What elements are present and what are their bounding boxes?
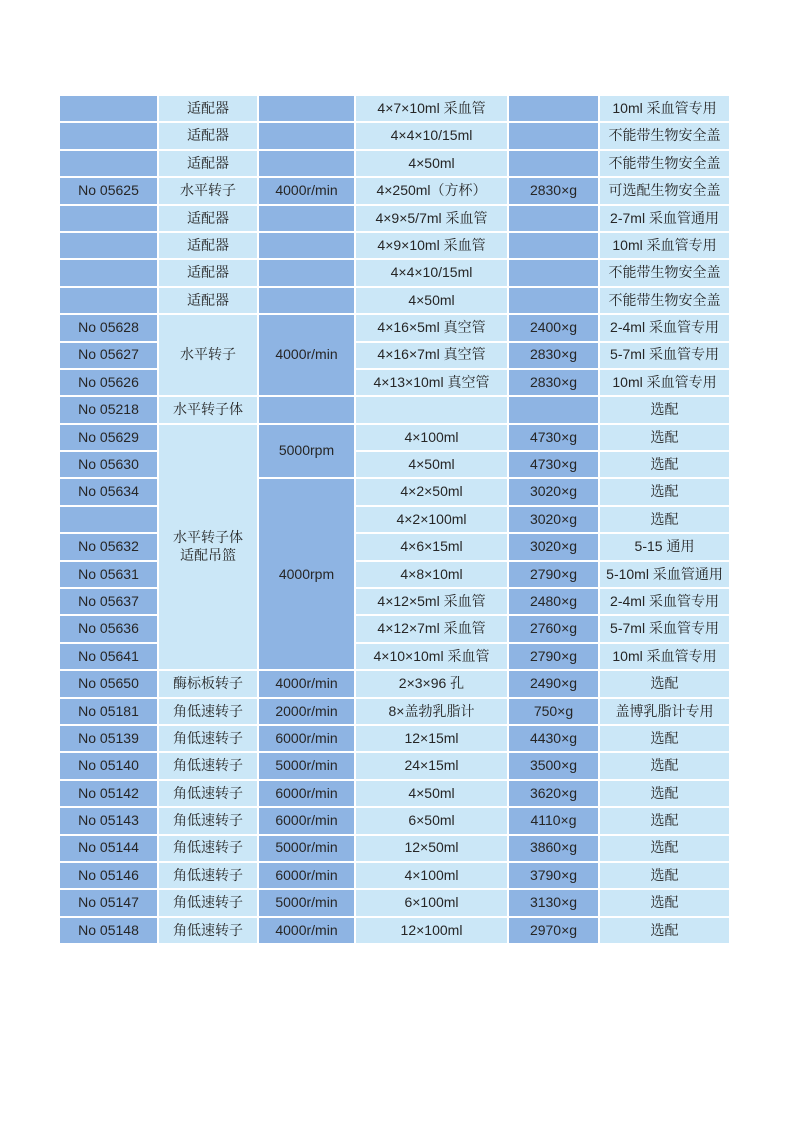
table-row: No 05140角低速转子5000r/min24×15ml3500×g选配: [60, 753, 729, 778]
table-row: No 05181角低速转子2000r/min8×盖勃乳脂计750×g盖博乳脂计专…: [60, 699, 729, 724]
cell-note: 不能带生物安全盖: [600, 288, 729, 313]
cell-speed: [259, 233, 354, 258]
cell-rcf: 2830×g: [509, 370, 598, 395]
cell-speed: [259, 288, 354, 313]
cell-no: No 05142: [60, 781, 157, 806]
cell-no: No 05628: [60, 315, 157, 340]
cell-name: 适配器: [159, 288, 257, 313]
cell-capacity: 4×16×7ml 真空管: [356, 343, 507, 368]
cell-no: No 05630: [60, 452, 157, 477]
table-row: No 05218水平转子体选配: [60, 397, 729, 422]
cell-no: No 05144: [60, 836, 157, 861]
table-row: No 05650酶标板转子4000r/min2×3×96 孔2490×g选配: [60, 671, 729, 696]
cell-no: No 05626: [60, 370, 157, 395]
table-row: No 05625水平转子4000r/min4×250ml（方杯）2830×g可选…: [60, 178, 729, 203]
rotor-spec-table: 适配器4×7×10ml 采血管10ml 采血管专用适配器4×4×10/15ml不…: [58, 94, 731, 945]
cell-rcf: 2490×g: [509, 671, 598, 696]
cell-note: 5-10ml 采血管通用: [600, 562, 729, 587]
table-row: No 05628水平转子4000r/min4×16×5ml 真空管2400×g2…: [60, 315, 729, 340]
cell-capacity: 4×4×10/15ml: [356, 123, 507, 148]
cell-rcf: 4430×g: [509, 726, 598, 751]
cell-note: 不能带生物安全盖: [600, 151, 729, 176]
cell-no: No 05148: [60, 918, 157, 943]
cell-note: 选配: [600, 479, 729, 504]
cell-capacity: 4×13×10ml 真空管: [356, 370, 507, 395]
cell-note: 5-7ml 采血管专用: [600, 343, 729, 368]
cell-capacity: 4×50ml: [356, 288, 507, 313]
cell-name: 角低速转子: [159, 808, 257, 833]
cell-rcf: [509, 288, 598, 313]
cell-capacity: 2×3×96 孔: [356, 671, 507, 696]
cell-note: 选配: [600, 781, 729, 806]
cell-capacity: 4×7×10ml 采血管: [356, 96, 507, 121]
cell-note: 选配: [600, 507, 729, 532]
cell-note: 选配: [600, 890, 729, 915]
cell-note: 选配: [600, 726, 729, 751]
cell-rcf: 3020×g: [509, 479, 598, 504]
cell-capacity: 4×16×5ml 真空管: [356, 315, 507, 340]
cell-rcf: 2830×g: [509, 178, 598, 203]
cell-no: [60, 96, 157, 121]
cell-rcf: 2760×g: [509, 616, 598, 641]
cell-no: No 05650: [60, 671, 157, 696]
cell-no: No 05143: [60, 808, 157, 833]
cell-no: No 05218: [60, 397, 157, 422]
cell-no: [60, 233, 157, 258]
cell-rcf: 2480×g: [509, 589, 598, 614]
cell-note: 10ml 采血管专用: [600, 370, 729, 395]
cell-capacity: 6×100ml: [356, 890, 507, 915]
cell-note: 可选配生物安全盖: [600, 178, 729, 203]
cell-rcf: [509, 151, 598, 176]
cell-speed: 4000r/min: [259, 918, 354, 943]
cell-speed: 4000rpm: [259, 479, 354, 669]
cell-rcf: [509, 260, 598, 285]
cell-name: 适配器: [159, 123, 257, 148]
rotor-spec-table-body: 适配器4×7×10ml 采血管10ml 采血管专用适配器4×4×10/15ml不…: [60, 96, 729, 943]
cell-speed: [259, 206, 354, 231]
cell-no: No 05634: [60, 479, 157, 504]
cell-note: 选配: [600, 863, 729, 888]
cell-no: No 05147: [60, 890, 157, 915]
cell-note: 2-4ml 采血管专用: [600, 589, 729, 614]
cell-rcf: 2830×g: [509, 343, 598, 368]
table-row: No 05146角低速转子6000r/min4×100ml3790×g选配: [60, 863, 729, 888]
cell-name: 适配器: [159, 151, 257, 176]
cell-capacity: 4×250ml（方杯）: [356, 178, 507, 203]
table-row: 适配器4×7×10ml 采血管10ml 采血管专用: [60, 96, 729, 121]
cell-speed: 6000r/min: [259, 726, 354, 751]
cell-rcf: 3620×g: [509, 781, 598, 806]
cell-name: 角低速转子: [159, 753, 257, 778]
cell-note: 不能带生物安全盖: [600, 260, 729, 285]
cell-no: [60, 151, 157, 176]
cell-rcf: 3020×g: [509, 507, 598, 532]
cell-speed: 4000r/min: [259, 315, 354, 395]
document-page: 适配器4×7×10ml 采血管10ml 采血管专用适配器4×4×10/15ml不…: [0, 0, 793, 1122]
cell-speed: 5000r/min: [259, 753, 354, 778]
cell-speed: 4000r/min: [259, 178, 354, 203]
cell-rcf: 4730×g: [509, 425, 598, 450]
cell-name: 角低速转子: [159, 781, 257, 806]
cell-speed: [259, 96, 354, 121]
cell-name: 水平转子: [159, 315, 257, 395]
cell-note: 选配: [600, 918, 729, 943]
cell-rcf: 2400×g: [509, 315, 598, 340]
cell-speed: [259, 123, 354, 148]
table-row: No 05144角低速转子5000r/min12×50ml3860×g选配: [60, 836, 729, 861]
cell-note: 选配: [600, 808, 729, 833]
cell-no: No 05146: [60, 863, 157, 888]
cell-capacity: 4×2×50ml: [356, 479, 507, 504]
cell-rcf: [509, 96, 598, 121]
cell-no: No 05637: [60, 589, 157, 614]
cell-speed: 5000r/min: [259, 836, 354, 861]
cell-capacity: 12×15ml: [356, 726, 507, 751]
table-row: No 05147角低速转子5000r/min6×100ml3130×g选配: [60, 890, 729, 915]
cell-no: No 05629: [60, 425, 157, 450]
cell-no: [60, 206, 157, 231]
cell-capacity: 4×6×15ml: [356, 534, 507, 559]
cell-capacity: 4×50ml: [356, 452, 507, 477]
cell-rcf: 2970×g: [509, 918, 598, 943]
cell-speed: 6000r/min: [259, 781, 354, 806]
table-row: 适配器4×50ml不能带生物安全盖: [60, 151, 729, 176]
cell-note: 选配: [600, 452, 729, 477]
cell-rcf: 4730×g: [509, 452, 598, 477]
cell-capacity: 12×50ml: [356, 836, 507, 861]
cell-name: 适配器: [159, 96, 257, 121]
table-row: No 05143角低速转子6000r/min6×50ml4110×g选配: [60, 808, 729, 833]
cell-capacity: 6×50ml: [356, 808, 507, 833]
cell-rcf: [509, 123, 598, 148]
cell-speed: [259, 260, 354, 285]
cell-rcf: 3020×g: [509, 534, 598, 559]
cell-rcf: 3860×g: [509, 836, 598, 861]
table-row: No 05142角低速转子6000r/min4×50ml3620×g选配: [60, 781, 729, 806]
cell-capacity: 4×10×10ml 采血管: [356, 644, 507, 669]
cell-note: 选配: [600, 425, 729, 450]
cell-name: 适配器: [159, 260, 257, 285]
cell-no: No 05636: [60, 616, 157, 641]
cell-name: 角低速转子: [159, 726, 257, 751]
cell-note: 10ml 采血管专用: [600, 644, 729, 669]
cell-note: 10ml 采血管专用: [600, 96, 729, 121]
cell-rcf: 4110×g: [509, 808, 598, 833]
cell-name: 水平转子体: [159, 397, 257, 422]
cell-name: 角低速转子: [159, 918, 257, 943]
cell-note: 盖博乳脂计专用: [600, 699, 729, 724]
cell-no: No 05139: [60, 726, 157, 751]
cell-note: 2-4ml 采血管专用: [600, 315, 729, 340]
cell-rcf: [509, 397, 598, 422]
cell-rcf: [509, 206, 598, 231]
cell-capacity: 8×盖勃乳脂计: [356, 699, 507, 724]
cell-note: 不能带生物安全盖: [600, 123, 729, 148]
cell-speed: 5000rpm: [259, 425, 354, 478]
cell-rcf: 2790×g: [509, 562, 598, 587]
cell-name: 角低速转子: [159, 890, 257, 915]
table-row: 适配器4×4×10/15ml不能带生物安全盖: [60, 123, 729, 148]
table-row: 适配器4×4×10/15ml不能带生物安全盖: [60, 260, 729, 285]
cell-no: No 05625: [60, 178, 157, 203]
cell-capacity: 4×2×100ml: [356, 507, 507, 532]
cell-note: 选配: [600, 753, 729, 778]
cell-name: 角低速转子: [159, 699, 257, 724]
cell-no: No 05627: [60, 343, 157, 368]
cell-name: 角低速转子: [159, 863, 257, 888]
cell-note: 5-7ml 采血管专用: [600, 616, 729, 641]
cell-capacity: 24×15ml: [356, 753, 507, 778]
cell-capacity: 4×100ml: [356, 863, 507, 888]
cell-capacity: 4×4×10/15ml: [356, 260, 507, 285]
table-row: No 05629水平转子体 适配吊篮5000rpm4×100ml4730×g选配: [60, 425, 729, 450]
cell-no: [60, 123, 157, 148]
cell-no: [60, 260, 157, 285]
cell-capacity: 4×50ml: [356, 151, 507, 176]
cell-note: 选配: [600, 671, 729, 696]
cell-no: No 05631: [60, 562, 157, 587]
cell-no: No 05140: [60, 753, 157, 778]
cell-note: 选配: [600, 836, 729, 861]
cell-rcf: 3790×g: [509, 863, 598, 888]
cell-note: 2-7ml 采血管通用: [600, 206, 729, 231]
cell-speed: 6000r/min: [259, 808, 354, 833]
cell-no: [60, 288, 157, 313]
cell-capacity: 4×100ml: [356, 425, 507, 450]
cell-name: 适配器: [159, 233, 257, 258]
cell-no: [60, 507, 157, 532]
cell-no: No 05181: [60, 699, 157, 724]
cell-capacity: 4×12×7ml 采血管: [356, 616, 507, 641]
cell-name: 酶标板转子: [159, 671, 257, 696]
cell-rcf: 3130×g: [509, 890, 598, 915]
cell-capacity: 4×50ml: [356, 781, 507, 806]
table-row: No 05139角低速转子6000r/min12×15ml4430×g选配: [60, 726, 729, 751]
cell-name: 水平转子: [159, 178, 257, 203]
cell-rcf: 2790×g: [509, 644, 598, 669]
cell-capacity: 4×9×5/7ml 采血管: [356, 206, 507, 231]
table-row: No 05148角低速转子4000r/min12×100ml2970×g选配: [60, 918, 729, 943]
cell-capacity: [356, 397, 507, 422]
cell-name: 角低速转子: [159, 836, 257, 861]
table-row: 适配器4×9×5/7ml 采血管2-7ml 采血管通用: [60, 206, 729, 231]
cell-speed: 5000r/min: [259, 890, 354, 915]
cell-name: 水平转子体 适配吊篮: [159, 425, 257, 670]
cell-no: No 05641: [60, 644, 157, 669]
table-row: 适配器4×50ml不能带生物安全盖: [60, 288, 729, 313]
cell-note: 选配: [600, 397, 729, 422]
cell-speed: [259, 151, 354, 176]
cell-speed: 6000r/min: [259, 863, 354, 888]
cell-name: 适配器: [159, 206, 257, 231]
cell-rcf: 3500×g: [509, 753, 598, 778]
cell-note: 5-15 通用: [600, 534, 729, 559]
cell-speed: [259, 397, 354, 422]
cell-capacity: 4×12×5ml 采血管: [356, 589, 507, 614]
cell-capacity: 4×8×10ml: [356, 562, 507, 587]
cell-rcf: 750×g: [509, 699, 598, 724]
cell-capacity: 12×100ml: [356, 918, 507, 943]
cell-note: 10ml 采血管专用: [600, 233, 729, 258]
table-row: 适配器4×9×10ml 采血管10ml 采血管专用: [60, 233, 729, 258]
cell-capacity: 4×9×10ml 采血管: [356, 233, 507, 258]
cell-speed: 4000r/min: [259, 671, 354, 696]
cell-rcf: [509, 233, 598, 258]
cell-speed: 2000r/min: [259, 699, 354, 724]
cell-no: No 05632: [60, 534, 157, 559]
